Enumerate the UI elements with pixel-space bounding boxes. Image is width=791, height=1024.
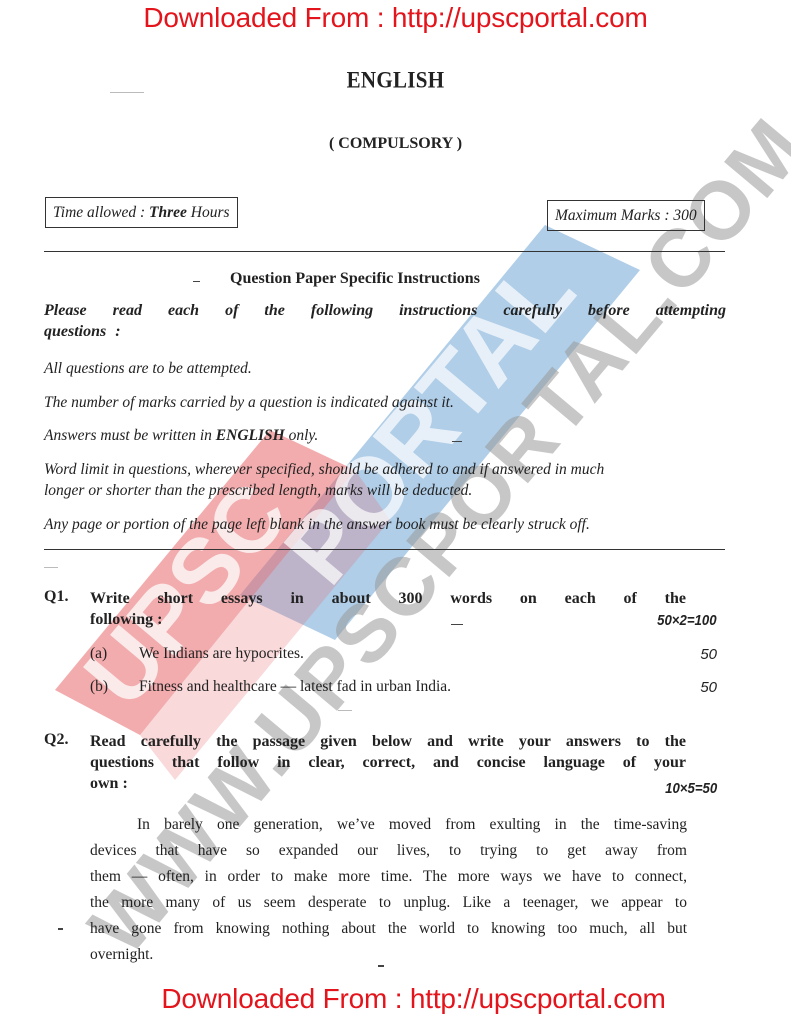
- passage-line: In barely one generation, we’ve moved fr…: [90, 812, 687, 838]
- passage-line: have gone from knowing nothing about the…: [90, 916, 687, 942]
- part-marks: 50: [700, 646, 717, 663]
- download-banner-bottom[interactable]: Downloaded From : http://upscportal.com: [18, 983, 791, 1015]
- scan-mark: [44, 567, 58, 568]
- question-line: following :: [90, 611, 162, 628]
- time-value: Three: [149, 204, 187, 221]
- instruction-text: Answers must be written in: [44, 427, 216, 444]
- part-label: (b): [90, 678, 108, 696]
- question-text: Read carefully the passage given below a…: [90, 731, 686, 794]
- question-marks: 50×2=100: [658, 612, 717, 629]
- scan-mark: [338, 710, 352, 711]
- passage-line: them — often, in order to make more time…: [90, 864, 687, 890]
- instruction-item: The number of marks carried by a questio…: [44, 392, 734, 413]
- paper-title: ENGLISH: [0, 67, 791, 94]
- dash-mark: [58, 928, 63, 930]
- passage-line: the more many of us seem desperate to un…: [90, 890, 687, 916]
- exam-paper-page: UPSC PORTAL WWW.UPSCPORTAL.COM Downloade…: [0, 0, 791, 1024]
- instruction-item: Answers must be written in ENGLISH only.: [44, 425, 734, 446]
- paper-subtitle: ( COMPULSORY ): [0, 135, 791, 153]
- question-number: Q2.: [44, 731, 68, 749]
- instruction-emphasis: ENGLISH: [216, 427, 285, 444]
- dash-mark: [451, 624, 463, 625]
- instruction-item: Word limit in questions, wherever specif…: [44, 459, 734, 501]
- instruction-item: Any page or portion of the page left bla…: [44, 514, 734, 535]
- dash-mark: [193, 281, 200, 282]
- dash-mark: [452, 441, 462, 442]
- divider-top: [44, 251, 725, 252]
- question-number: Q1.: [44, 588, 68, 606]
- instructions-intro-line1: Please read each of the following instru…: [44, 300, 726, 321]
- part-marks: 50: [700, 679, 717, 696]
- question-line: own :: [90, 773, 686, 794]
- dash-mark: [378, 965, 384, 967]
- part-text: Fitness and healthcare — latest fad in u…: [139, 678, 451, 696]
- reading-passage: In barely one generation, we’ve moved fr…: [90, 812, 687, 968]
- passage-line: overnight.: [90, 942, 687, 968]
- part-text: We Indians are hypocrites.: [139, 645, 304, 663]
- question-line: questions that follow in clear, correct,…: [90, 752, 686, 773]
- maximum-marks-box: Maximum Marks : 300: [547, 200, 705, 231]
- instructions-intro-line2: questions :: [44, 323, 121, 340]
- time-unit: Hours: [187, 204, 230, 221]
- download-banner-top[interactable]: Downloaded From : http://upscportal.com: [0, 2, 791, 34]
- instruction-line: longer or shorter than the prescribed le…: [44, 480, 734, 501]
- instruction-line: Word limit in questions, wherever specif…: [44, 459, 734, 480]
- part-label: (a): [90, 645, 107, 663]
- time-allowed-box: Time allowed : Three Hours: [45, 197, 238, 228]
- divider-bottom: [44, 549, 725, 550]
- time-label: Time allowed :: [53, 204, 149, 221]
- question-marks: 10×5=50: [665, 780, 717, 797]
- question-line: Read carefully the passage given below a…: [90, 731, 686, 752]
- passage-line: devices that have so expanded our lives,…: [90, 838, 687, 864]
- question-text: Write short essays in about 300 words on…: [90, 588, 686, 630]
- instructions-intro: Please read each of the following instru…: [44, 300, 726, 342]
- scan-mark: [110, 92, 144, 93]
- instruction-item: All questions are to be attempted.: [44, 358, 734, 379]
- instructions-heading: Question Paper Specific Instructions: [230, 270, 480, 288]
- instruction-text: only.: [285, 427, 319, 444]
- question-line: Write short essays in about 300 words on…: [90, 588, 686, 609]
